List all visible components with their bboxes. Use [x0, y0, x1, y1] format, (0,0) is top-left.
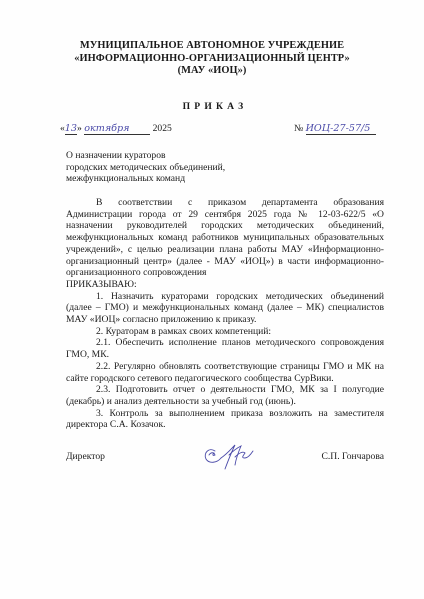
date-year: 2025 [153, 123, 172, 134]
order-item-2-2: 2.2. Регулярно обновлять соответствующие… [66, 361, 384, 384]
document-title: ПРИКАЗ [0, 101, 424, 112]
number-value: ИОЦ-27-57/5 [306, 123, 376, 135]
document-page: МУНИЦИПАЛЬНОЕ АВТОНОМНОЕ УЧРЕЖДЕНИЕ «ИНФ… [0, 0, 424, 599]
subject-line-2: городских методических объединений, [66, 162, 225, 174]
date-day: 13 [65, 123, 77, 135]
signature-block: Директор С.П. Гончарова [66, 447, 384, 477]
preamble-paragraph: В соответствии с приказом департамента о… [66, 197, 384, 279]
order-date: «13» октября 2025 [60, 123, 172, 135]
organization-header: МУНИЦИПАЛЬНОЕ АВТОНОМНОЕ УЧРЕЖДЕНИЕ «ИНФ… [0, 40, 424, 78]
number-prefix: № [294, 123, 303, 134]
subject-line-3: межфункциональных команд [66, 173, 225, 185]
order-item-2-1: 2.1. Обеспечить исполнение планов методи… [66, 337, 384, 360]
date-month: октября [84, 123, 150, 135]
order-subject: О назначении кураторов городских методич… [66, 150, 225, 185]
order-item-2: 2. Кураторам в рамках своих компетенций: [66, 326, 384, 338]
header-line-3: (МАУ «ИОЦ») [0, 65, 424, 78]
order-item-3: 3. Контроль за выполнением приказа возло… [66, 408, 384, 431]
order-word: ПРИКАЗЫВАЮ: [66, 279, 384, 291]
order-item-1: 1. Назначить кураторами городских методи… [66, 291, 384, 326]
subject-line-1: О назначении кураторов [66, 150, 225, 162]
header-line-1: МУНИЦИПАЛЬНОЕ АВТОНОМНОЕ УЧРЕЖДЕНИЕ [0, 40, 424, 53]
order-number: № ИОЦ-27-57/5 [294, 123, 376, 135]
signer-role: Директор [66, 451, 105, 462]
date-close-quote: » [77, 123, 82, 134]
handwritten-signature-icon [201, 439, 261, 471]
header-line-2: «ИНФОРМАЦИОННО-ОРГАНИЗАЦИОННЫЙ ЦЕНТР» [0, 53, 424, 66]
order-body: В соответствии с приказом департамента о… [66, 197, 384, 431]
signer-name: С.П. Гончарова [322, 451, 385, 462]
order-item-2-3: 2.3. Подготовить отчет о деятельности ГМ… [66, 384, 384, 407]
